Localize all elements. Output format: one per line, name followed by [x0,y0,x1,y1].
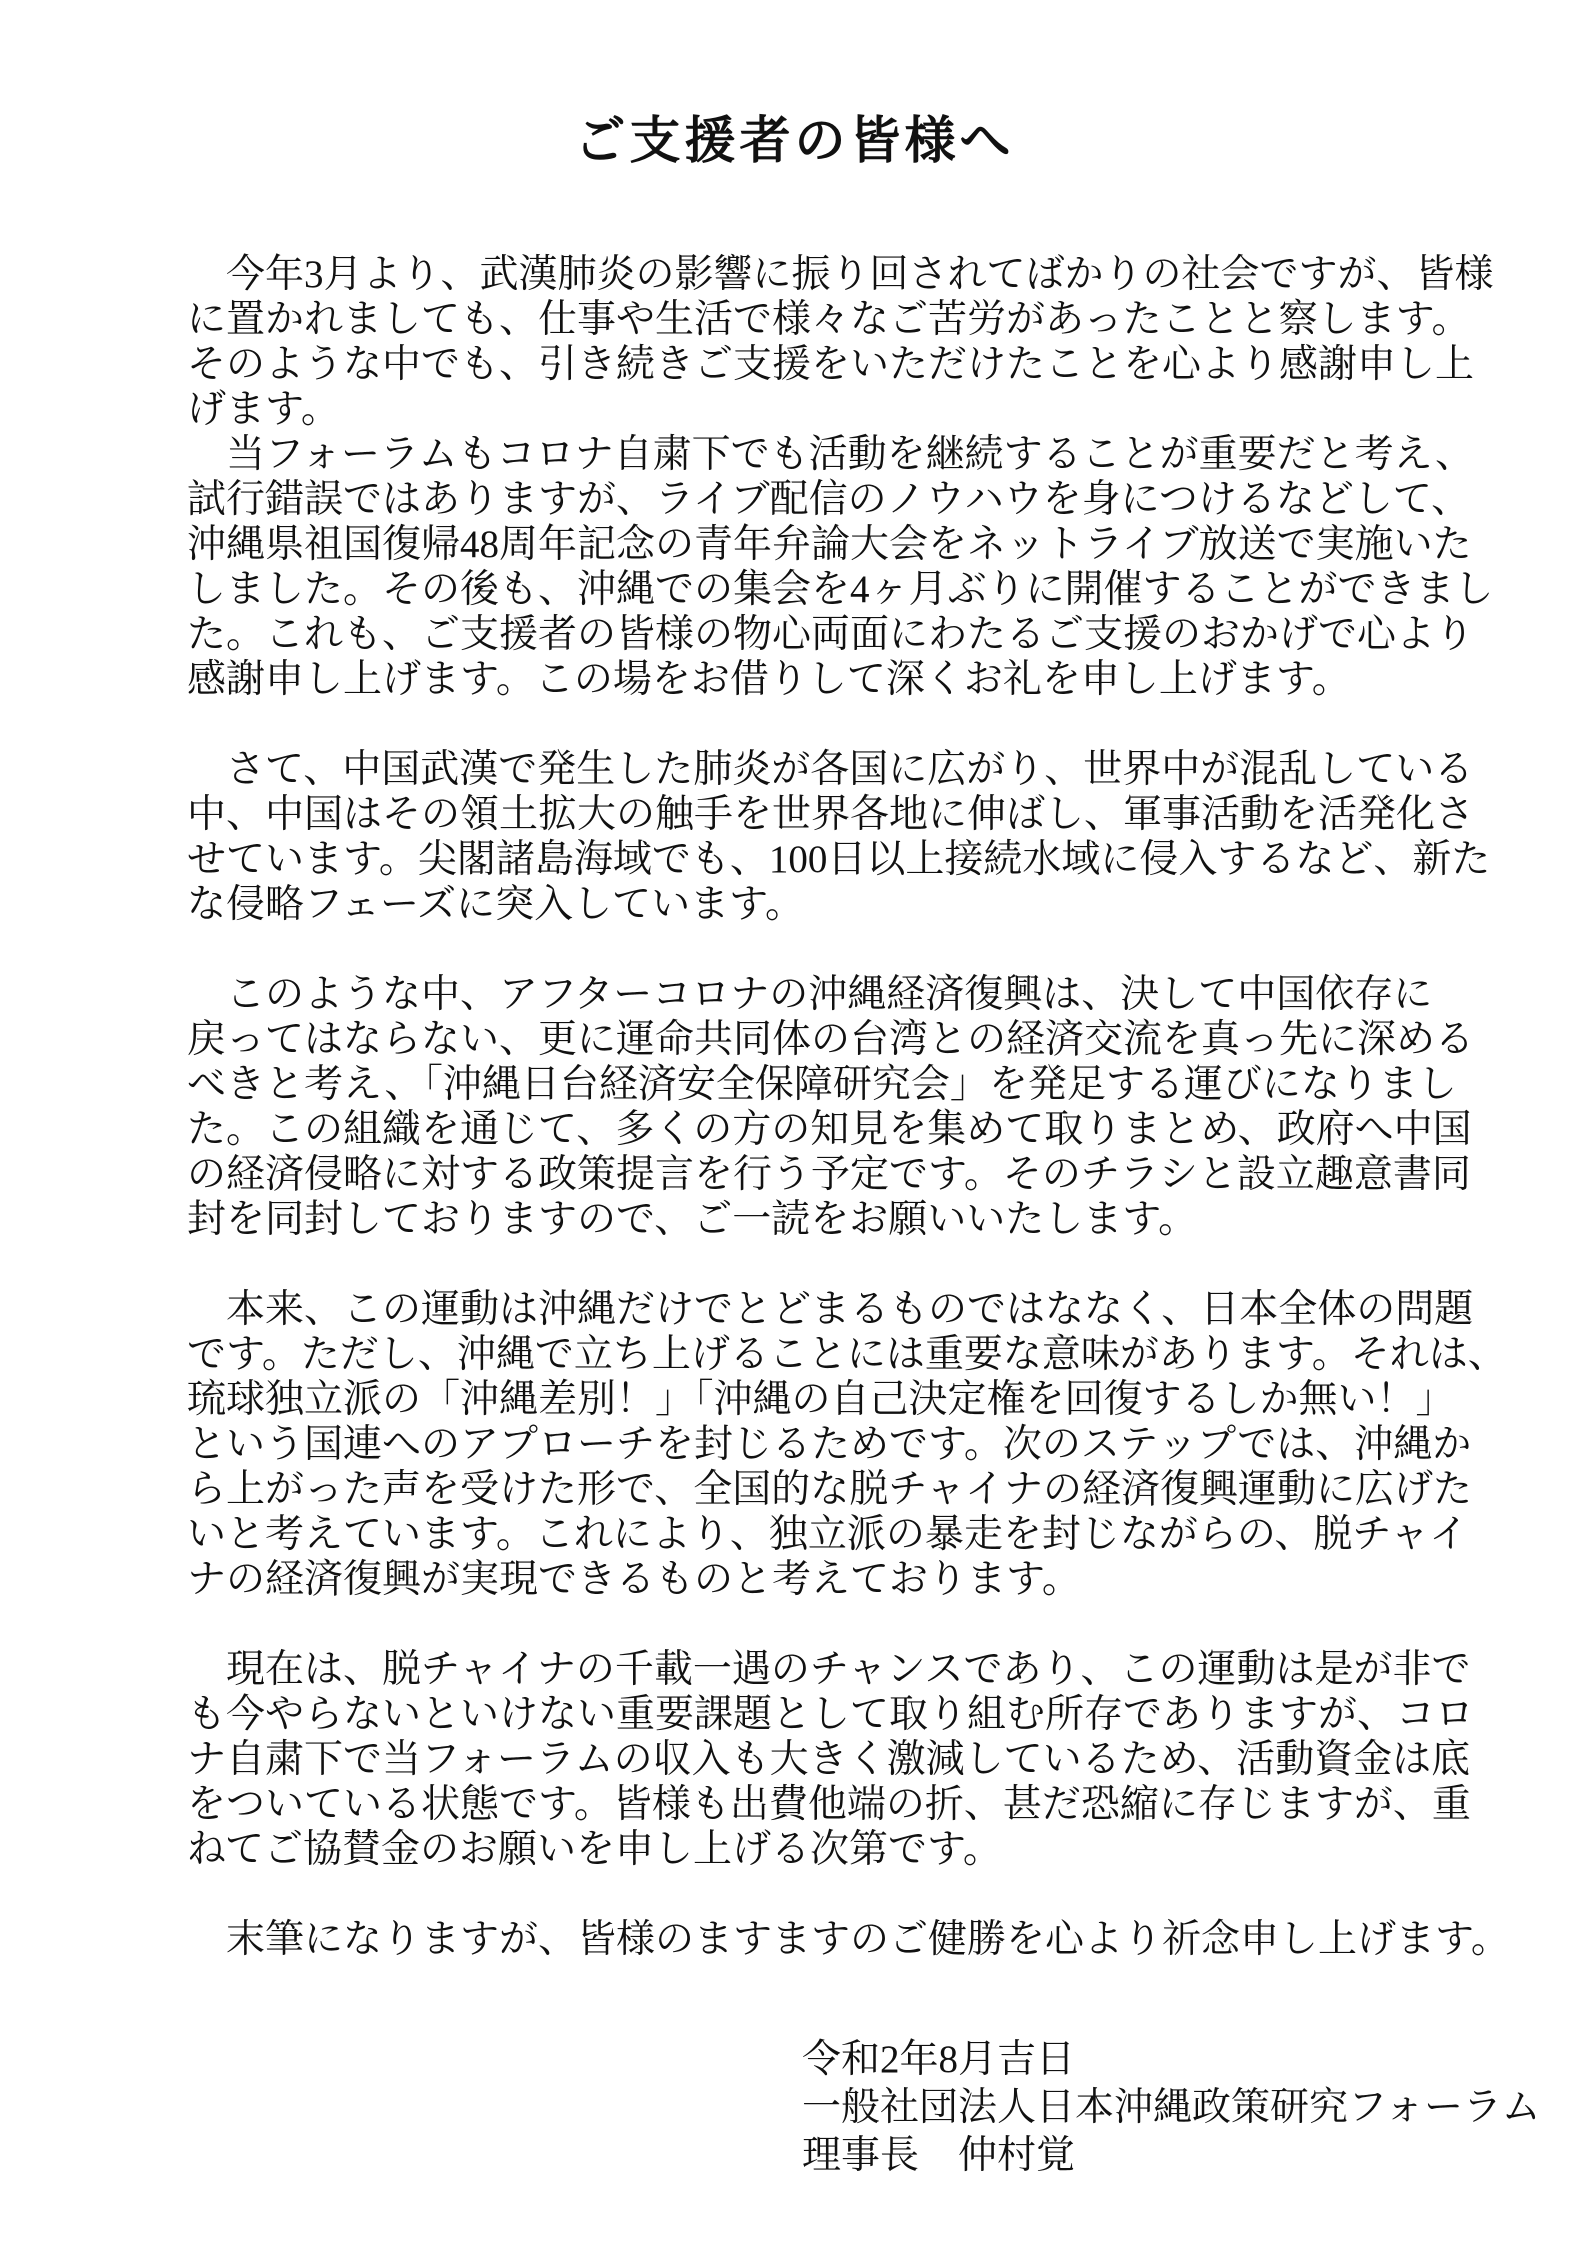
letter-line: ら上がった声を受けた形で、全国的な脱チャイナの経済復興運動に広げた [187,1467,1517,1512]
letter-line: ナの経済復興が実現できるものと考えております。 [187,1557,1517,1602]
letter-line: ナ自粛下で当フォーラムの収入も大きく激減しているため、活動資金は底 [187,1737,1517,1782]
letter-line: 試行錯誤ではありますが、ライブ配信のノウハウを身につけるなどして、 [187,477,1517,522]
letter-page: ご支援者の皆様へ 今年3月より、武漢肺炎の影響に振り回されてばかりの社会ですが、… [0,0,1589,2249]
letter-line: という国連へのアプローチを封じるためです。次のステップでは、沖縄か [187,1422,1517,1467]
signature-line: 一般社団法人日本沖縄政策研究フォーラム [802,2084,1541,2132]
letter-line: そのような中でも、引き続きご支援をいただけたことを心より感謝申し上 [187,342,1517,387]
letter-line: 現在は、脱チャイナの千載一遇のチャンスであり、この運動は是が非で [187,1647,1517,1692]
letter-line: 末筆になりますが、皆様のますますのご健勝を心より祈念申し上げます。 [187,1917,1517,1962]
blank-line [187,1602,1517,1647]
blank-line [187,702,1517,747]
letter-line: も今やらないといけない重要課題として取り組む所存でありますが、コロ [187,1692,1517,1737]
letter-line: な侵略フェーズに突入しています。 [187,882,1517,927]
letter-line: いと考えています。これにより、独立派の暴走を封じながらの、脱チャイ [187,1512,1517,1557]
letter-line: 琉球独立派の「沖縄差別！」「沖縄の自己決定権を回復するしか無い！」 [187,1377,1517,1422]
letter-line: 今年3月より、武漢肺炎の影響に振り回されてばかりの社会ですが、皆様 [187,252,1517,297]
letter-line: べきと考え、「沖縄日台経済安全保障研究会」を発足する運びになりまし [187,1062,1517,1107]
letter-line: せています。尖閣諸島海域でも、100日以上接続水域に侵入するなど、新た [187,837,1517,882]
blank-line [187,1242,1517,1287]
signature-line: 理事長 仲村覚 [802,2132,1541,2180]
letter-line: ねてご協賛金のお願いを申し上げる次第です。 [187,1827,1517,1872]
letter-line: 封を同封しておりますので、ご一読をお願いいたします。 [187,1197,1517,1242]
letter-line: に置かれましても、仕事や生活で様々なご苦労があったことと察します。 [187,297,1517,342]
letter-line: た。これも、ご支援者の皆様の物心両面にわたるご支援のおかげで心より [187,612,1517,657]
letter-line: このような中、アフターコロナの沖縄経済復興は、決して中国依存に [187,972,1517,1017]
letter-body: 今年3月より、武漢肺炎の影響に振り回されてばかりの社会ですが、皆様に置かれまして… [187,252,1517,1962]
letter-line: 当フォーラムもコロナ自粛下でも活動を継続することが重要だと考え、 [187,432,1517,477]
blank-line [187,927,1517,972]
letter-title: ご支援者の皆様へ [0,112,1589,172]
signature-block: 令和2年8月吉日一般社団法人日本沖縄政策研究フォーラム理事長 仲村覚 [802,2036,1541,2180]
blank-line [187,1872,1517,1917]
letter-line: さて、中国武漢で発生した肺炎が各国に広がり、世界中が混乱している [187,747,1517,792]
letter-line: の経済侵略に対する政策提言を行う予定です。そのチラシと設立趣意書同 [187,1152,1517,1197]
letter-line: 本来、この運動は沖縄だけでとどまるものではななく、日本全体の問題 [187,1287,1517,1332]
letter-line: 沖縄県祖国復帰48周年記念の青年弁論大会をネットライブ放送で実施いた [187,522,1517,567]
letter-line: た。この組織を通じて、多くの方の知見を集めて取りまとめ、政府へ中国 [187,1107,1517,1152]
letter-line: 感謝申し上げます。この場をお借りして深くお礼を申し上げます。 [187,657,1517,702]
letter-line: をついている状態です。皆様も出費他端の折、甚だ恐縮に存じますが、重 [187,1782,1517,1827]
letter-line: 戻ってはならない、更に運命共同体の台湾との経済交流を真っ先に深める [187,1017,1517,1062]
letter-line: しました。その後も、沖縄での集会を4ヶ月ぶりに開催することができまし [187,567,1517,612]
letter-line: 中、中国はその領土拡大の触手を世界各地に伸ばし、軍事活動を活発化さ [187,792,1517,837]
letter-line: です。ただし、沖縄で立ち上げることには重要な意味があります。それは、 [187,1332,1517,1377]
letter-line: げます。 [187,387,1517,432]
signature-line: 令和2年8月吉日 [802,2036,1541,2084]
